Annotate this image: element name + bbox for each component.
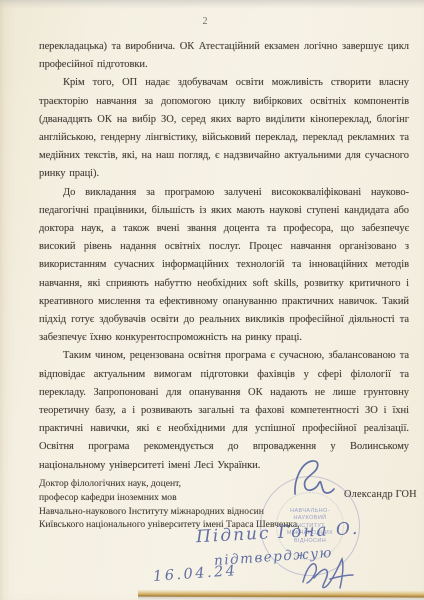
scanned-document-page: 2 перекладацька) та виробнича. ОК Атеста… (0, 0, 424, 600)
scan-top-shadow (0, 0, 424, 9)
paragraph-4: Таким чином, рецензована освітня програм… (39, 347, 409, 474)
paragraph-2: Крім того, ОП надає здобувачам освіти мо… (39, 74, 409, 183)
document-body-text: перекладацька) та виробнича. ОК Атестаці… (39, 38, 409, 475)
handwritten-signature-icon (288, 458, 350, 502)
scan-bottom-edge (138, 590, 424, 600)
signer-title-line-3: Навчально-наукового Інституту міжнародни… (39, 505, 314, 519)
paragraph-3: До викладання за програмою залучені висо… (39, 184, 409, 348)
paragraph-1: перекладацька) та виробнича. ОК Атестаці… (39, 38, 409, 74)
confirming-signature-icon (295, 554, 357, 594)
page-number: 2 (0, 16, 410, 27)
handwritten-date: 16.04.24 (153, 563, 238, 585)
signer-name: Олександр ГОН (344, 489, 424, 500)
signer-title-line-1: Доктор філологічних наук, доцент, (39, 477, 314, 491)
signer-title-line-2: професор кафедри іноземних мов (39, 491, 314, 505)
